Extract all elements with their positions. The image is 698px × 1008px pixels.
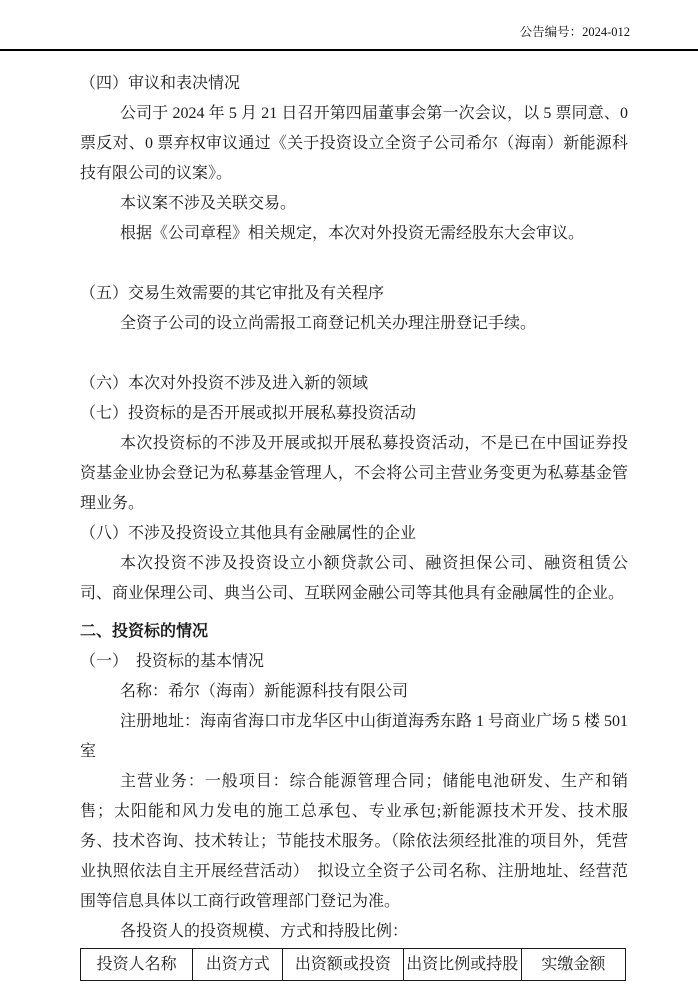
col-contribution-method: 出资方式 [193, 949, 283, 981]
section-7-heading: （七）投资标的是否开展或拟开展私募投资活动 [80, 399, 628, 429]
part-2-heading: 二、投资标的情况 [80, 617, 628, 647]
section-4-paragraph-3: 根据《公司章程》相关规定，本次对外投资无需经股东大会审议。 [80, 219, 628, 249]
investors-table: 投资人名称 出资方式 出资额或投资 出资比例或持股 实缴金额 [80, 948, 626, 981]
section-6-heading: （六）本次对外投资不涉及进入新的领域 [80, 369, 628, 399]
section-7-paragraph-1: 本次投资标的不涉及开展或拟开展私募投资活动，不是已在中国证券投资基金业协会登记为… [80, 429, 628, 519]
section-4-paragraph-2: 本议案不涉及关联交易。 [80, 189, 628, 219]
investors-table-header-row: 投资人名称 出资方式 出资额或投资 出资比例或持股 实缴金额 [81, 949, 626, 981]
section-4-heading: （四）审议和表决情况 [80, 69, 628, 99]
col-contribution-ratio: 出资比例或持股 [403, 949, 521, 981]
col-investor-name: 投资人名称 [81, 949, 193, 981]
section-5-heading: （五）交易生效需要的其它审批及有关程序 [80, 279, 628, 309]
col-contribution-amount: 出资额或投资 [283, 949, 403, 981]
section-8-heading: （八）不涉及投资设立其他具有金融属性的企业 [80, 519, 628, 549]
document-page: 公告编号：2024-012 （四）审议和表决情况 公司于 2024 年 5 月 … [0, 0, 698, 1008]
target-address-line: 注册地址：海南省海口市龙华区中山街道海秀东路 1 号商业广场 5 楼 501 室 [80, 707, 628, 767]
col-paid-in-amount: 实缴金额 [521, 949, 625, 981]
document-body: （四）审议和表决情况 公司于 2024 年 5 月 21 日召开第四届董事会第一… [0, 51, 698, 981]
part-2-section-1-heading: （一） 投资标的基本情况 [80, 647, 628, 677]
target-name-line: 名称：希尔（海南）新能源科技有限公司 [80, 677, 628, 707]
target-business-line: 主营业务：一般项目：综合能源管理合同；储能电池研发、生产和销售；太阳能和风力发电… [80, 767, 628, 917]
investors-intro-line: 各投资人的投资规模、方式和持股比例： [80, 917, 628, 947]
announcement-number: 公告编号：2024-012 [88, 24, 630, 41]
page-header: 公告编号：2024-012 [0, 0, 698, 51]
section-4-paragraph-1: 公司于 2024 年 5 月 21 日召开第四届董事会第一次会议，以 5 票同意… [80, 99, 628, 189]
section-8-paragraph-1: 本次投资不涉及投资设立小额贷款公司、融资担保公司、融资租赁公司、商业保理公司、典… [80, 549, 628, 609]
section-5-paragraph-1: 全资子公司的设立尚需报工商登记机关办理注册登记手续。 [80, 309, 628, 339]
